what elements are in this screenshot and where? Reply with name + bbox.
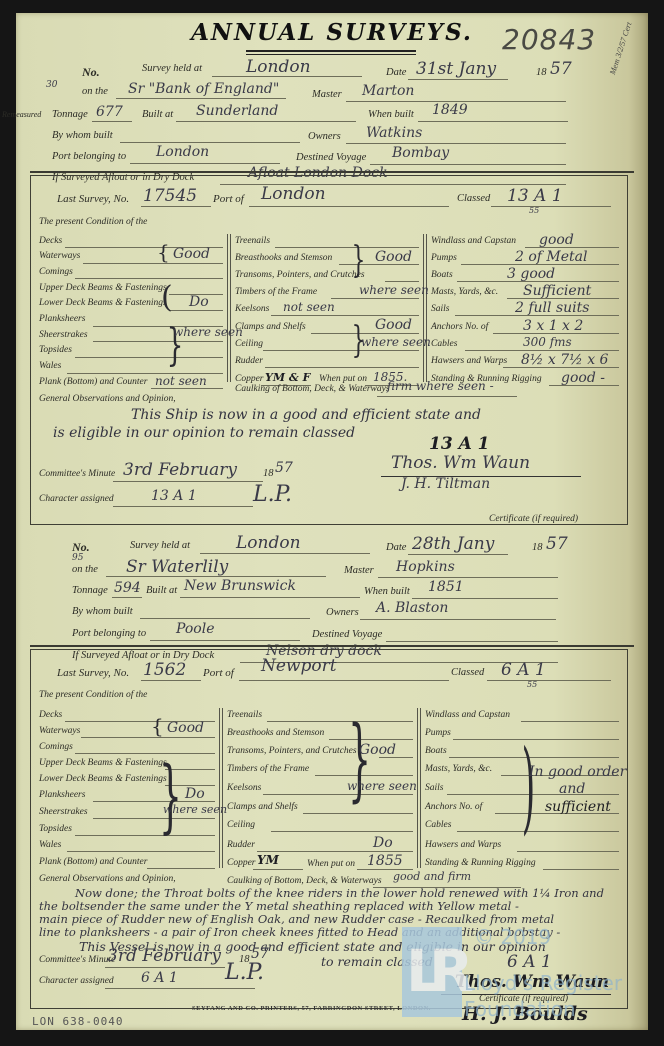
general-observations-label: General Observations and Opinion, <box>39 394 176 404</box>
archive-reference: LON 638-0040 <box>32 1015 123 1028</box>
anchors-value: sufficient <box>545 799 611 815</box>
when-built-label: When built <box>368 109 414 120</box>
port-of-value: Newport <box>261 656 337 676</box>
port-belonging-label: Port belonging to <box>52 151 126 162</box>
remeasured-note: Remeasured <box>2 110 41 119</box>
surveyor-signature-1: Thos. Wm Waun <box>391 453 530 473</box>
tonnage-value: 594 <box>114 580 141 596</box>
built-at-value: New Brunswick <box>184 578 296 594</box>
sails-value: and <box>559 781 585 797</box>
certificate-label: Certificate (if required) <box>489 514 578 524</box>
transoms-value: Good <box>359 742 396 758</box>
clamps-value: Good <box>375 317 412 333</box>
title-underline <box>246 50 416 55</box>
lower-deck-value: Do <box>189 294 209 310</box>
classed-label: Classed <box>457 193 490 204</box>
survey-held-at-value: London <box>246 57 311 77</box>
owners-value: A. Blaston <box>376 600 448 616</box>
rudder-value: Do <box>373 835 393 851</box>
survey-held-at-label: Survey held at <box>142 63 202 74</box>
last-survey-label: Last Survey, No. <box>57 193 129 205</box>
date-value: 28th Jany <box>412 534 494 554</box>
surveyor-signature-2: J. H. Tiltman <box>401 476 490 492</box>
ship-name: Sr "Bank of England" <box>128 81 279 97</box>
watermark-line-2: Foundation <box>464 997 576 1021</box>
year-prefix: 18 <box>536 67 547 78</box>
rigging-value: good - <box>561 370 605 386</box>
observation-line: Now done; the Throat bolts of the knee r… <box>75 886 604 900</box>
classed-sub: 55 <box>529 206 539 215</box>
date-value: 31st Jany <box>416 59 496 79</box>
boats-value: 3 good <box>507 266 555 282</box>
destined-voyage-value: Bombay <box>392 145 449 161</box>
built-at-value: Sunderland <box>196 103 278 119</box>
survey-1-condition-box: Last Survey, No. 17545 Port of London Cl… <box>30 175 628 525</box>
timbers-value: where seen <box>359 283 429 297</box>
owners-value: Watkins <box>366 125 422 141</box>
tonnage-value: 677 <box>96 104 123 120</box>
committee-minute-date: 3rd February <box>123 460 237 480</box>
ceiling-value: where seen <box>361 335 431 349</box>
survey-number: 95 <box>72 553 83 563</box>
windlass-value: good <box>539 232 574 248</box>
port-of-label: Port of <box>213 193 244 205</box>
by-whom-built-label: By whom built <box>52 130 113 141</box>
cables-value: 300 fms <box>523 335 572 349</box>
survey-number: 30 <box>46 80 57 90</box>
pumps-value: 2 of Metal <box>515 249 588 265</box>
last-survey-value: 1562 <box>143 660 186 680</box>
committee-minute-date: 3rd February <box>107 946 221 966</box>
planksheers-value: Do <box>185 786 205 802</box>
keelsons-value: not seen <box>283 300 335 314</box>
anchors-value: 3 x 1 x 2 <box>523 318 583 334</box>
caulking-value: good and firm <box>393 870 471 883</box>
port-of-value: London <box>261 184 326 204</box>
master-value: Marton <box>362 83 414 99</box>
character-assigned-label: Character assigned <box>39 494 114 504</box>
initials-signature: L.P. <box>253 482 292 507</box>
recommended-class: 13 A 1 <box>429 434 490 454</box>
observation-line: This Ship is now in a good and efficient… <box>131 406 481 425</box>
survey-held-at-value: London <box>236 533 301 553</box>
recommended-class: 6 A 1 <box>507 952 552 972</box>
lloyds-register-logo: LR <box>402 927 462 1017</box>
port-belonging-value: Poole <box>176 621 214 637</box>
waterways-value: Good <box>167 720 204 736</box>
caulking-value: firm where seen - <box>387 379 494 393</box>
when-put-on-value: 1855 <box>367 853 403 869</box>
when-built-value: 1849 <box>432 102 468 118</box>
classed-sub: 55 <box>527 680 537 689</box>
sheerstrakes-value: where seen <box>163 803 227 816</box>
present-condition-label: The present Condition of the <box>39 217 147 227</box>
sails-value: 2 full suits <box>515 300 589 316</box>
when-built-value: 1851 <box>428 579 464 595</box>
watermark-line-1: Lloyd's Register <box>464 971 622 995</box>
built-at-label: Built at <box>142 109 173 120</box>
hawsers-value: 8½ x 7½ x 6 <box>521 352 608 368</box>
observation-line: the boltsender the same under the Y meta… <box>39 899 519 913</box>
survey-document-page: ANNUAL SURVEYS. 20843 Mem 3/2/57 Cert No… <box>16 13 648 1030</box>
observation-line: is eligible in our opinion to remain cla… <box>53 424 355 443</box>
year-value: 57 <box>546 534 568 554</box>
classed-value: 13 A 1 <box>507 186 563 206</box>
watermark-copyright: © 2019 <box>474 925 551 949</box>
reference-number: 20843 <box>502 23 596 56</box>
masts-value: Sufficient <box>523 283 591 299</box>
caulking-label: Caulking of Bottom, Deck, & Waterways <box>235 384 390 394</box>
survey-2-condition-box: Last Survey, No. 1562 Port of Newport Cl… <box>30 649 628 1009</box>
last-survey-value: 17545 <box>143 186 197 206</box>
destined-voyage-label: Destined Voyage <box>296 152 366 163</box>
no-label: No. <box>82 65 100 80</box>
copper-value: YM <box>257 853 279 867</box>
initials-signature: L.P. <box>225 960 264 985</box>
on-the-label: on the <box>82 86 108 97</box>
tonnage-label: Tonnage <box>52 109 88 120</box>
owners-label: Owners <box>308 131 341 142</box>
waterways-value: Good <box>173 246 210 262</box>
plank-bottom-value: not seen <box>155 374 207 388</box>
committees-minute-label: Committee's Minute <box>39 469 115 479</box>
character-assigned-value: 13 A 1 <box>151 488 197 504</box>
classed-value: 6 A 1 <box>501 660 546 680</box>
master-value: Hopkins <box>396 559 455 575</box>
printer-imprint: SEYFANG AND CO. PRINTERS, 57, FARRINGDON… <box>192 1005 431 1012</box>
committee-minute-year: 57 <box>275 460 293 476</box>
observation-line: main piece of Rudder new of English Oak,… <box>39 912 554 926</box>
masts-value: In good order <box>529 764 626 780</box>
breasthooks-value: Good <box>375 249 412 265</box>
keelsons-value: where seen <box>347 779 417 793</box>
character-assigned-value: 6 A 1 <box>141 970 178 986</box>
year-value: 57 <box>550 59 572 79</box>
port-belonging-value: London <box>156 144 209 160</box>
date-label: Date <box>386 67 406 78</box>
copper-value: YM & F <box>265 371 310 384</box>
ship-name: Sr Waterlily <box>126 557 228 577</box>
sheerstrakes-value: where seen <box>173 325 243 339</box>
master-label: Master <box>312 89 342 100</box>
